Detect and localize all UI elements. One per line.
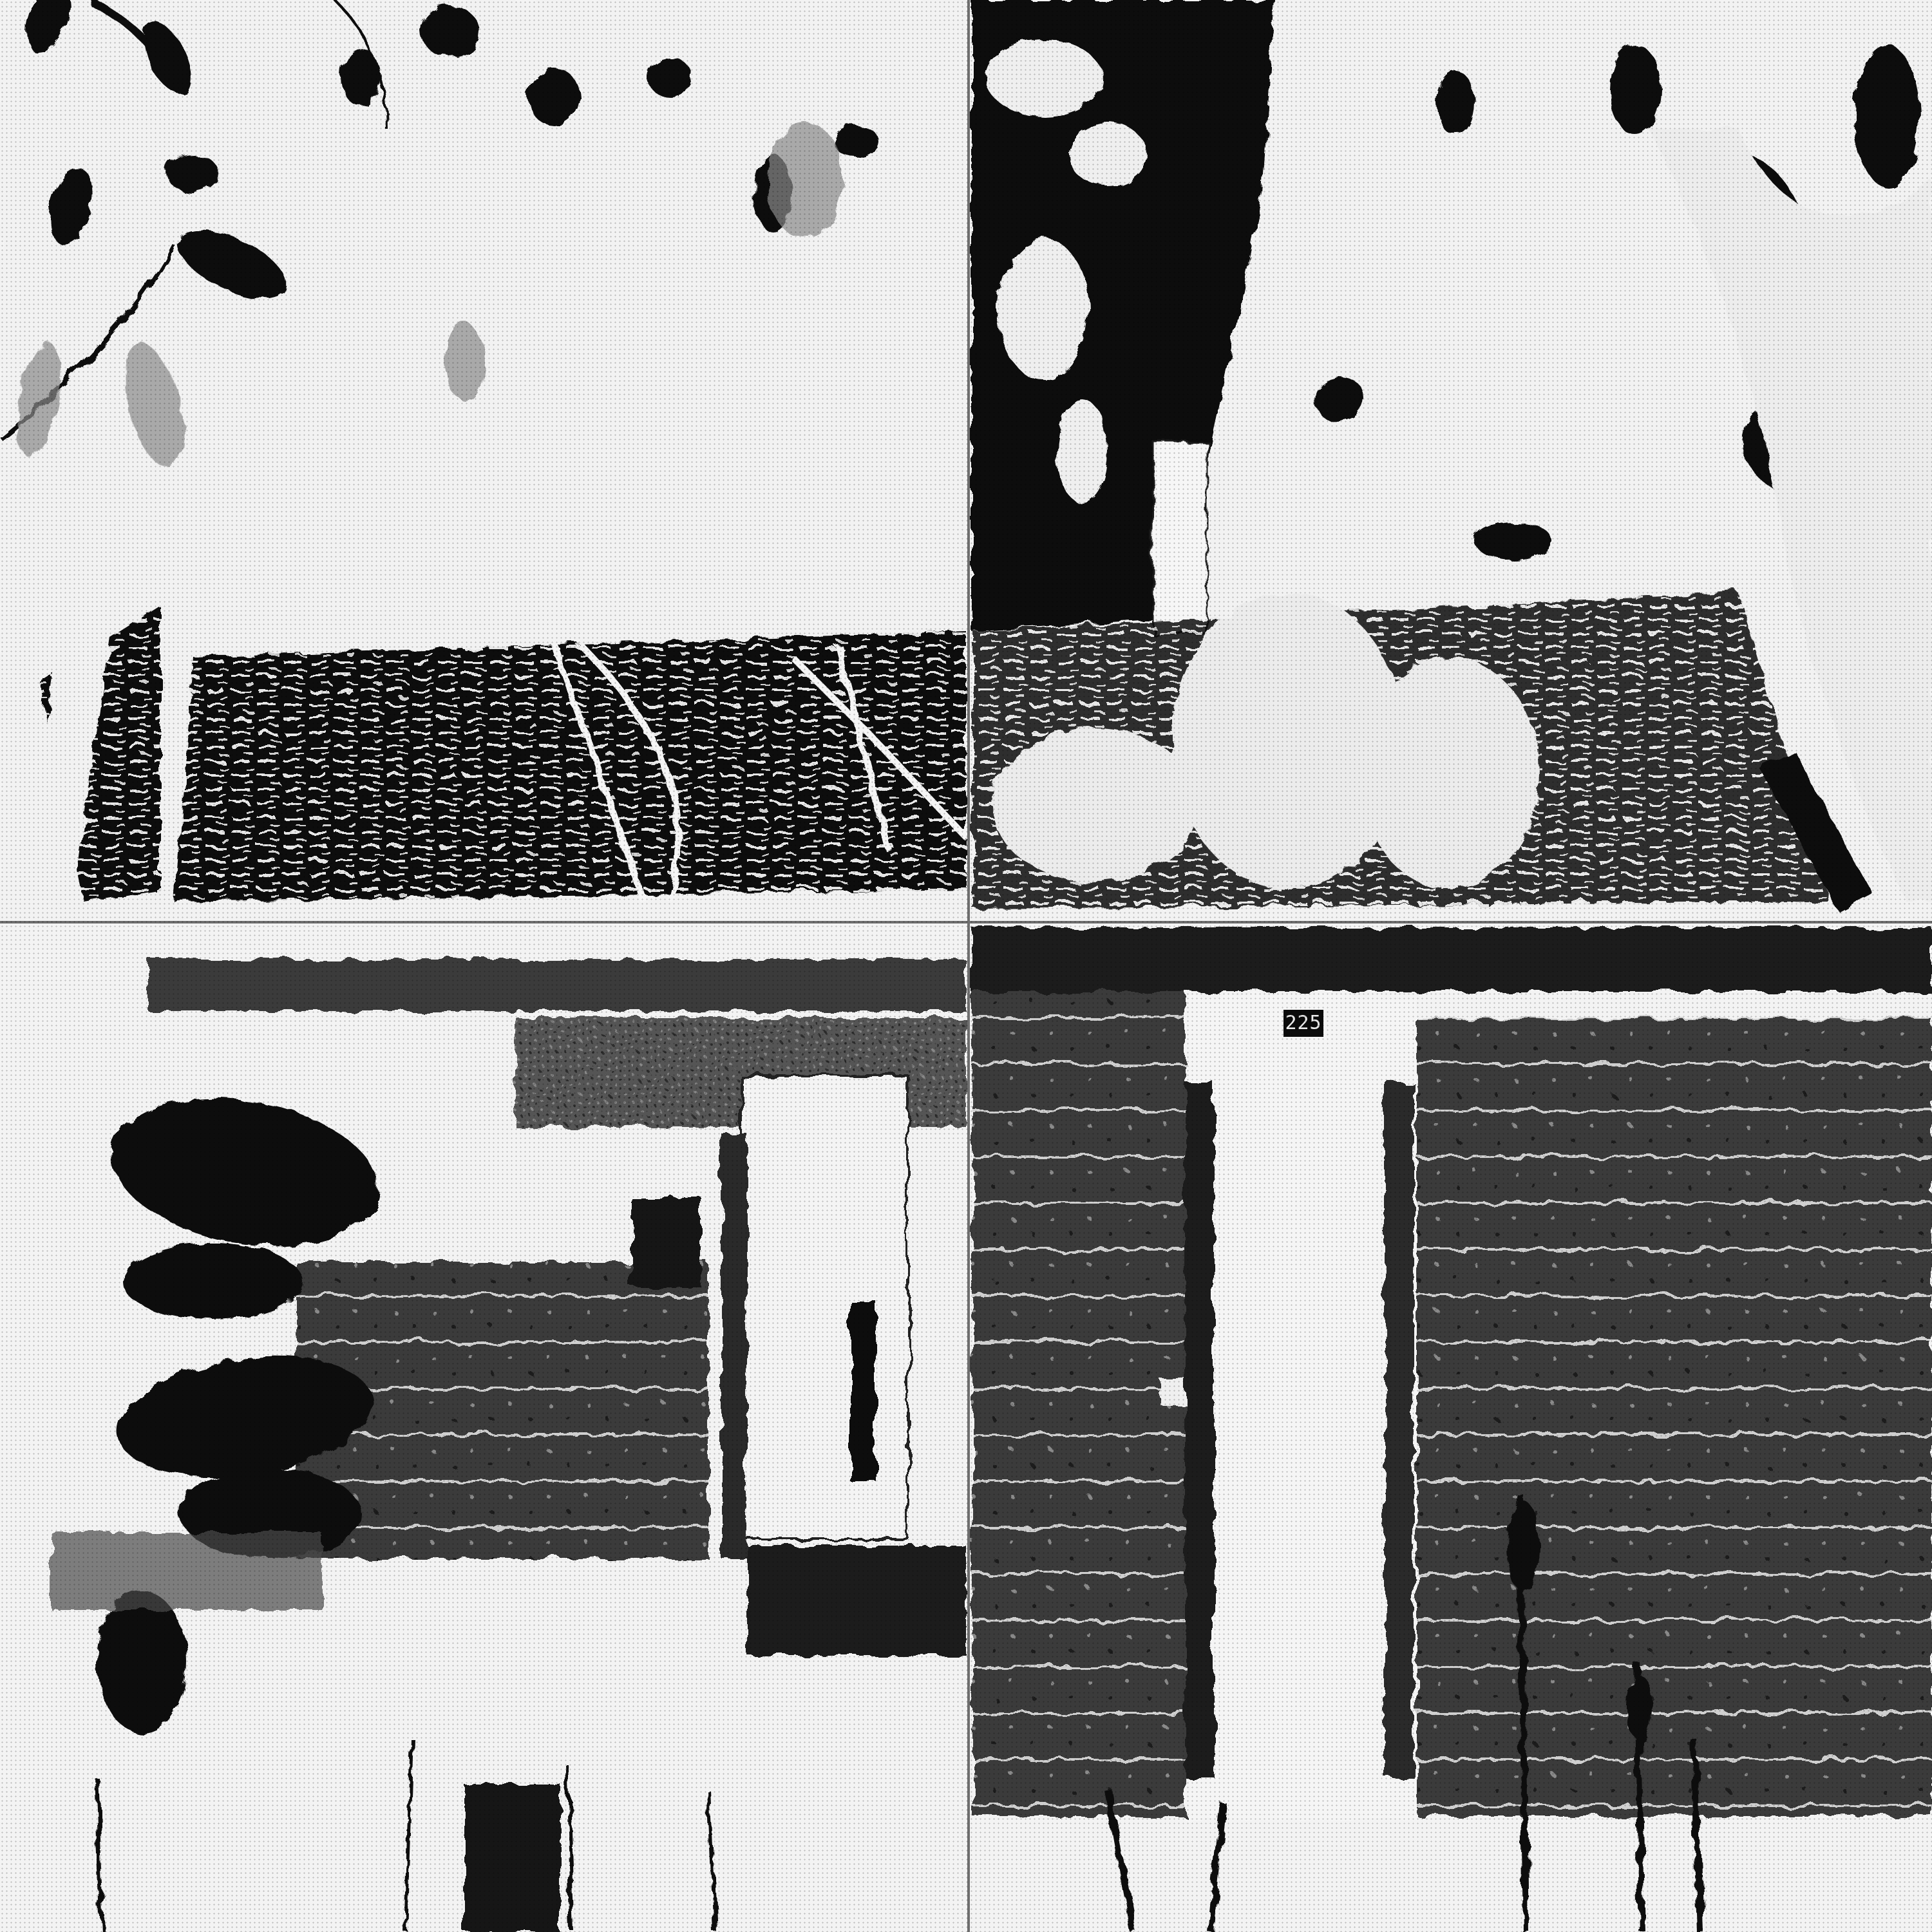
inverted-house-photograph: 225: [0, 0, 1932, 1932]
panel-top-left: [0, 0, 966, 921]
house-number-plaque: 225: [1283, 1010, 1323, 1037]
panel-bottom-left: [0, 926, 966, 1932]
panel-bottom-right: [971, 926, 1932, 1932]
photo-scene: [0, 0, 1932, 1932]
panel-seam-horizontal: [0, 921, 1932, 923]
panel-seam-vertical: [967, 0, 970, 1932]
panel-top-right: [971, 0, 1932, 921]
